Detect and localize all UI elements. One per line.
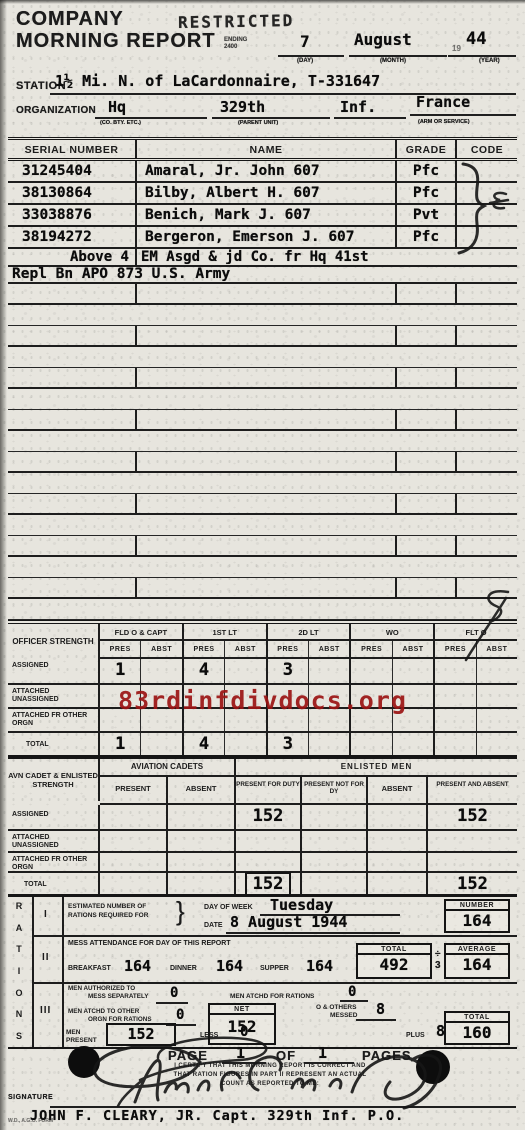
soldier-name: Benich, Mark J. 607	[137, 205, 397, 225]
mess-total-value: 492	[380, 955, 409, 974]
abst-label: ABST	[141, 641, 183, 657]
breakfast-value: 164	[124, 957, 151, 975]
officer-total-row: TOTAL 1 4 3	[8, 733, 517, 757]
average-box: AVERAGE 164	[444, 943, 510, 979]
plus-value: 8	[436, 1022, 445, 1040]
org-arm-underline	[334, 117, 406, 119]
table-row: 31245404 Amaral, Jr. John 607 Pfc	[8, 161, 517, 183]
supper-value: 164	[306, 957, 333, 975]
roster-header-row: SERIAL NUMBER NAME GRADE CODE	[8, 140, 517, 161]
mess-total-label: TOTAL	[358, 945, 430, 955]
roster-empty-row	[8, 557, 517, 578]
pres-label: PRES	[435, 641, 476, 657]
enlisted-subheader: PRESENT ABSENT PRESENT FOR DUTY PRESENT …	[100, 777, 517, 805]
soldier-name: Amaral, Jr. John 607	[137, 161, 397, 181]
men-atchd-rations-value: 0	[348, 984, 356, 1000]
rations-divider-row2	[32, 982, 517, 984]
ending-time: 2400	[224, 44, 247, 51]
men-atchd-other-label-1: MEN ATCHD TO OTHER	[68, 1008, 139, 1016]
others-underline	[356, 1019, 396, 1021]
roster-header-code: CODE	[457, 140, 517, 158]
roster-empty-row	[8, 305, 517, 326]
roster-empty-rows	[8, 284, 517, 620]
station-value: 1½ Mi. N. of LaCardonnaire, T-331647	[55, 72, 380, 90]
row-label-assigned: ASSIGNED	[8, 805, 100, 829]
punch-hole-left	[68, 1046, 100, 1078]
estimated-rations-label-1: ESTIMATED NUMBER OF	[68, 903, 146, 911]
month-label: (MONTH)	[380, 58, 406, 64]
abst-label: ABST	[225, 641, 267, 657]
rations-number-value: 164	[463, 911, 492, 930]
year-underline	[448, 55, 516, 57]
month-underline	[349, 55, 447, 57]
less-value: 0	[240, 1024, 248, 1040]
org-company-underline	[95, 117, 207, 119]
enlisted-attached-fr-other-row: ATTACHED FR OTHER ORGN	[8, 853, 517, 873]
mess-attendance-label: MESS ATTENDANCE FOR DAY OF THIS REPORT	[68, 940, 231, 948]
org-parent-underline	[212, 117, 330, 119]
morning-report-form: COMPANY MORNING REPORT RESTRICTED ENDING…	[0, 0, 525, 1130]
group-enlisted-men: ENLISTED MEN	[236, 759, 517, 775]
code-cell	[457, 205, 517, 225]
officer-assigned-1lt-pres: 4	[199, 660, 209, 680]
men-present-value: 152	[127, 1025, 154, 1043]
form-title-line1: COMPANY	[16, 8, 124, 31]
code-cell	[457, 227, 517, 247]
officer-assigned-fld-pres: 1	[115, 660, 125, 680]
org-location-value: France	[416, 93, 470, 111]
col-present: PRESENT	[100, 777, 168, 803]
row-label-total: TOTAL	[8, 873, 100, 895]
certification-line-1: I CERTIFY THAT THIS MORNING REPORT IS CO…	[125, 1062, 415, 1070]
officer-assigned-2lt-pres: 3	[283, 660, 293, 680]
rations-divider-row1	[32, 935, 517, 937]
officer-group-header: FLD O & CAPT 1ST LT 2D LT WO FLT O	[100, 624, 517, 641]
grade: Pfc	[397, 161, 457, 181]
roster-empty-row	[8, 452, 517, 473]
serial-number: 38194272	[8, 227, 137, 247]
grade: Pfc	[397, 227, 457, 247]
officer-total-1lt-pres: 4	[199, 734, 209, 754]
group-flt-o: FLT O	[435, 624, 517, 639]
roster-empty-row	[8, 536, 517, 557]
report-year-value: 44	[466, 29, 486, 49]
row-label-total: TOTAL	[8, 733, 100, 755]
rations-total-label: TOTAL	[446, 1013, 508, 1023]
rations-total-box: TOTAL 160	[444, 1011, 510, 1045]
of-label: OF	[276, 1048, 296, 1063]
roster-note-row-1: Above 4 EM Asgd & jd Co. fr Hq 41st	[8, 249, 517, 267]
org-parent-value: 329th	[220, 98, 265, 116]
men-atchd-rations-label: MEN ATCHD FOR RATIONS	[230, 993, 314, 1001]
day-label: (DAY)	[297, 58, 313, 64]
pres-label: PRES	[268, 641, 309, 657]
restricted-stamp: RESTRICTED	[178, 11, 295, 32]
date-label: DATE	[204, 922, 223, 930]
org-company-sublabel: (CO. BTY. ETC.)	[100, 120, 141, 126]
roster-table: SERIAL NUMBER NAME GRADE CODE 31245404 A…	[8, 137, 517, 620]
year-label: (YEAR)	[479, 58, 500, 64]
day-of-week-label: DAY OF WEEK	[204, 904, 253, 912]
others-messed-label-2: MESSED	[330, 1012, 357, 1020]
mess-total-box: TOTAL 492	[356, 943, 432, 979]
less-label: LESS	[200, 1032, 218, 1040]
enlisted-assigned-pfd: 152	[253, 806, 284, 826]
punch-hole-right	[416, 1050, 450, 1084]
grade: Pvt	[397, 205, 457, 225]
dinner-label: DINNER	[170, 965, 197, 973]
day-of-week-value: Tuesday	[270, 896, 333, 914]
plus-label: PLUS	[406, 1032, 425, 1040]
rations-vertical-label: R A T I O N S	[11, 901, 27, 1041]
group-wo: WO	[351, 624, 435, 639]
men-authorized-label-1: MEN AUTHORIZED TO	[68, 985, 135, 993]
col-present-for-duty: PRESENT FOR DUTY	[236, 777, 302, 803]
breakfast-label: BREAKFAST	[68, 965, 111, 973]
abst-label: ABST	[309, 641, 351, 657]
signature-label: SIGNATURE	[8, 1094, 53, 1101]
serial-number: 31245404	[8, 161, 137, 181]
group-2d-lt: 2D LT	[268, 624, 352, 639]
pres-label: PRES	[184, 641, 225, 657]
roster-empty-row	[8, 473, 517, 494]
year-prefix: 19	[452, 44, 461, 53]
rations-numeral-2: II	[42, 952, 50, 963]
rations-numeral-3: III	[40, 1005, 51, 1016]
roster-empty-row	[8, 368, 517, 389]
date-underline	[226, 932, 400, 934]
divide-by-three: ÷ 3	[435, 949, 441, 971]
roster-header-name: NAME	[137, 140, 397, 158]
serial-number: 38130864	[8, 183, 137, 203]
table-row: 33038876 Benich, Mark J. 607 Pvt	[8, 205, 517, 227]
pres-label: PRES	[100, 641, 141, 657]
roster-empty-row	[8, 494, 517, 515]
number-box: NUMBER 164	[444, 899, 510, 933]
officer-strength-label: OFFICER STRENGTH	[8, 624, 100, 659]
certification-line-2: THAT RATION FIGURES IN PART II REPRESENT…	[125, 1071, 415, 1079]
men-present-label-1: MEN	[66, 1029, 80, 1037]
day-underline	[278, 55, 344, 57]
average-value: 164	[463, 955, 492, 974]
report-month-value: August	[354, 30, 412, 49]
roster-note-row-2: Repl Bn APO 873 U.S. Army	[8, 267, 517, 284]
net-label: NET	[210, 1005, 274, 1015]
men-present-label-2: PRESENT	[66, 1037, 97, 1045]
abst-label: ABST	[393, 641, 435, 657]
grade: Pfc	[397, 183, 457, 203]
soldier-name: Bilby, Albert H. 607	[137, 183, 397, 203]
roster-empty-row	[8, 347, 517, 368]
average-label: AVERAGE	[446, 945, 508, 955]
auth-underline	[156, 1002, 188, 1004]
page-number: 1	[236, 1044, 245, 1062]
atchd-underline	[340, 1000, 368, 1002]
page-label: PAGE	[168, 1048, 208, 1063]
roster-empty-row	[8, 578, 517, 599]
org-company-value: Hq	[108, 98, 126, 116]
enlisted-assigned-row: ASSIGNED 152 152	[8, 805, 517, 831]
form-footer-text: W.D., A.G.O. FORM	[8, 1118, 53, 1124]
ending-word: ENDING	[224, 37, 247, 44]
officer-total-fld-pres: 1	[115, 734, 125, 754]
note-left: Above 4	[8, 249, 137, 265]
rations-divider-letters	[32, 897, 34, 1047]
roster-empty-row	[8, 389, 517, 410]
rations-numeral-1: I	[44, 909, 48, 920]
enlisted-total-pfd: 152	[245, 872, 292, 896]
soldier-name: Bergeron, Emerson J. 607	[137, 227, 397, 247]
enlisted-strength-label: AVN CADET & ENLISTED STRENGTH	[8, 759, 100, 801]
page-total: 1	[318, 1044, 327, 1062]
pages-label: PAGES	[362, 1048, 412, 1063]
roster-empty-row	[8, 599, 517, 620]
col-absent-em: ABSENT	[368, 777, 428, 803]
table-row: 38194272 Bergeron, Emerson J. 607 Pfc	[8, 227, 517, 249]
row-label-assigned: ASSIGNED	[8, 659, 100, 683]
enlisted-group-header: AVIATION CADETS ENLISTED MEN	[100, 759, 517, 777]
roster-header-serial: SERIAL NUMBER	[8, 140, 137, 158]
col-present-not-for-dy: PRESENT NOT FOR DY	[302, 777, 368, 803]
col-absent: ABSENT	[168, 777, 236, 803]
abst-label: ABST	[477, 641, 517, 657]
note-right: EM Asgd & jd Co. fr Hq 41st	[137, 249, 517, 265]
watermark: 83rdinfdivdocs.org	[0, 686, 525, 715]
enlisted-attached-unassigned-row: ATTACHED UNASSIGNED	[8, 831, 517, 853]
roster-header-grade: GRADE	[397, 140, 457, 158]
mess-separately-value: 0	[170, 985, 178, 1001]
group-fld-o-capt: FLD O & CAPT	[100, 624, 184, 639]
supper-label: SUPPER	[260, 965, 289, 973]
org-arm-sublabel: (ARM OR SERVICE)	[418, 119, 470, 125]
roster-empty-row	[8, 410, 517, 431]
men-authorized-label-2: MESS SEPARATELY	[88, 993, 148, 1001]
enlisted-total-pa: 152	[457, 874, 488, 894]
officer-total-2lt-pres: 3	[283, 734, 293, 754]
signed-name: JOHN F. CLEARY, JR. Capt. 329th Inf. P.O…	[30, 1108, 404, 1124]
code-cell	[457, 183, 517, 203]
others-messed-label-1: O & OTHERS	[316, 1004, 356, 1012]
col-present-and-absent: PRESENT AND ABSENT	[428, 777, 517, 803]
rations-section: R A T I O N S I II III ESTIMATED NUMBER …	[8, 894, 517, 1049]
roster-empty-row	[8, 431, 517, 452]
rations-total-value: 160	[463, 1023, 492, 1042]
men-present-box: 152	[106, 1023, 176, 1046]
group-aviation-cadets: AVIATION CADETS	[100, 759, 236, 775]
note-line-2: Repl Bn APO 873 U.S. Army	[8, 267, 517, 282]
row-label-attached-unassigned: ATTACHED UNASSIGNED	[8, 831, 100, 851]
org-parent-sublabel: (PARENT UNIT)	[238, 120, 278, 126]
table-row: 38130864 Bilby, Albert H. 607 Pfc	[8, 183, 517, 205]
estimated-rations-label-2: RATIONS REQUIRED FOR	[68, 912, 148, 920]
roster-empty-row	[8, 284, 517, 305]
enlisted-assigned-pa: 152	[457, 806, 488, 826]
org-location-underline	[410, 114, 516, 116]
atchd-other-value: 0	[176, 1007, 184, 1023]
certification-line-3: COUNT AS REPORTED TO ME:	[125, 1080, 415, 1088]
serial-number: 33038876	[8, 205, 137, 225]
org-arm-value: Inf.	[340, 98, 376, 116]
officer-subheader: PRES ABST PRES ABST PRES ABST PRES ABST …	[100, 641, 517, 659]
code-cell	[457, 161, 517, 181]
others-messed-value: 8	[376, 1000, 385, 1018]
dinner-value: 164	[216, 957, 243, 975]
number-box-label: NUMBER	[446, 901, 508, 911]
enlisted-strength-table: AVN CADET & ENLISTED STRENGTH AVIATION C…	[8, 757, 517, 897]
organization-label: ORGANIZATION	[16, 105, 96, 116]
roster-empty-row	[8, 326, 517, 347]
report-day-value: 7	[300, 32, 310, 51]
row-label-attached-fr-other: ATTACHED FR OTHER ORGN	[8, 853, 100, 871]
pres-label: PRES	[351, 641, 392, 657]
form-title-line2: MORNING REPORT	[16, 30, 216, 53]
rations-divider-numerals	[62, 897, 64, 1047]
officer-assigned-row: ASSIGNED 1 4 3	[8, 659, 517, 685]
group-1st-lt: 1ST LT	[184, 624, 268, 639]
roster-empty-row	[8, 515, 517, 536]
rations-brace: }	[176, 896, 185, 927]
ending-label: ENDING 2400	[224, 37, 247, 51]
date-value: 8 August 1944	[230, 913, 347, 931]
